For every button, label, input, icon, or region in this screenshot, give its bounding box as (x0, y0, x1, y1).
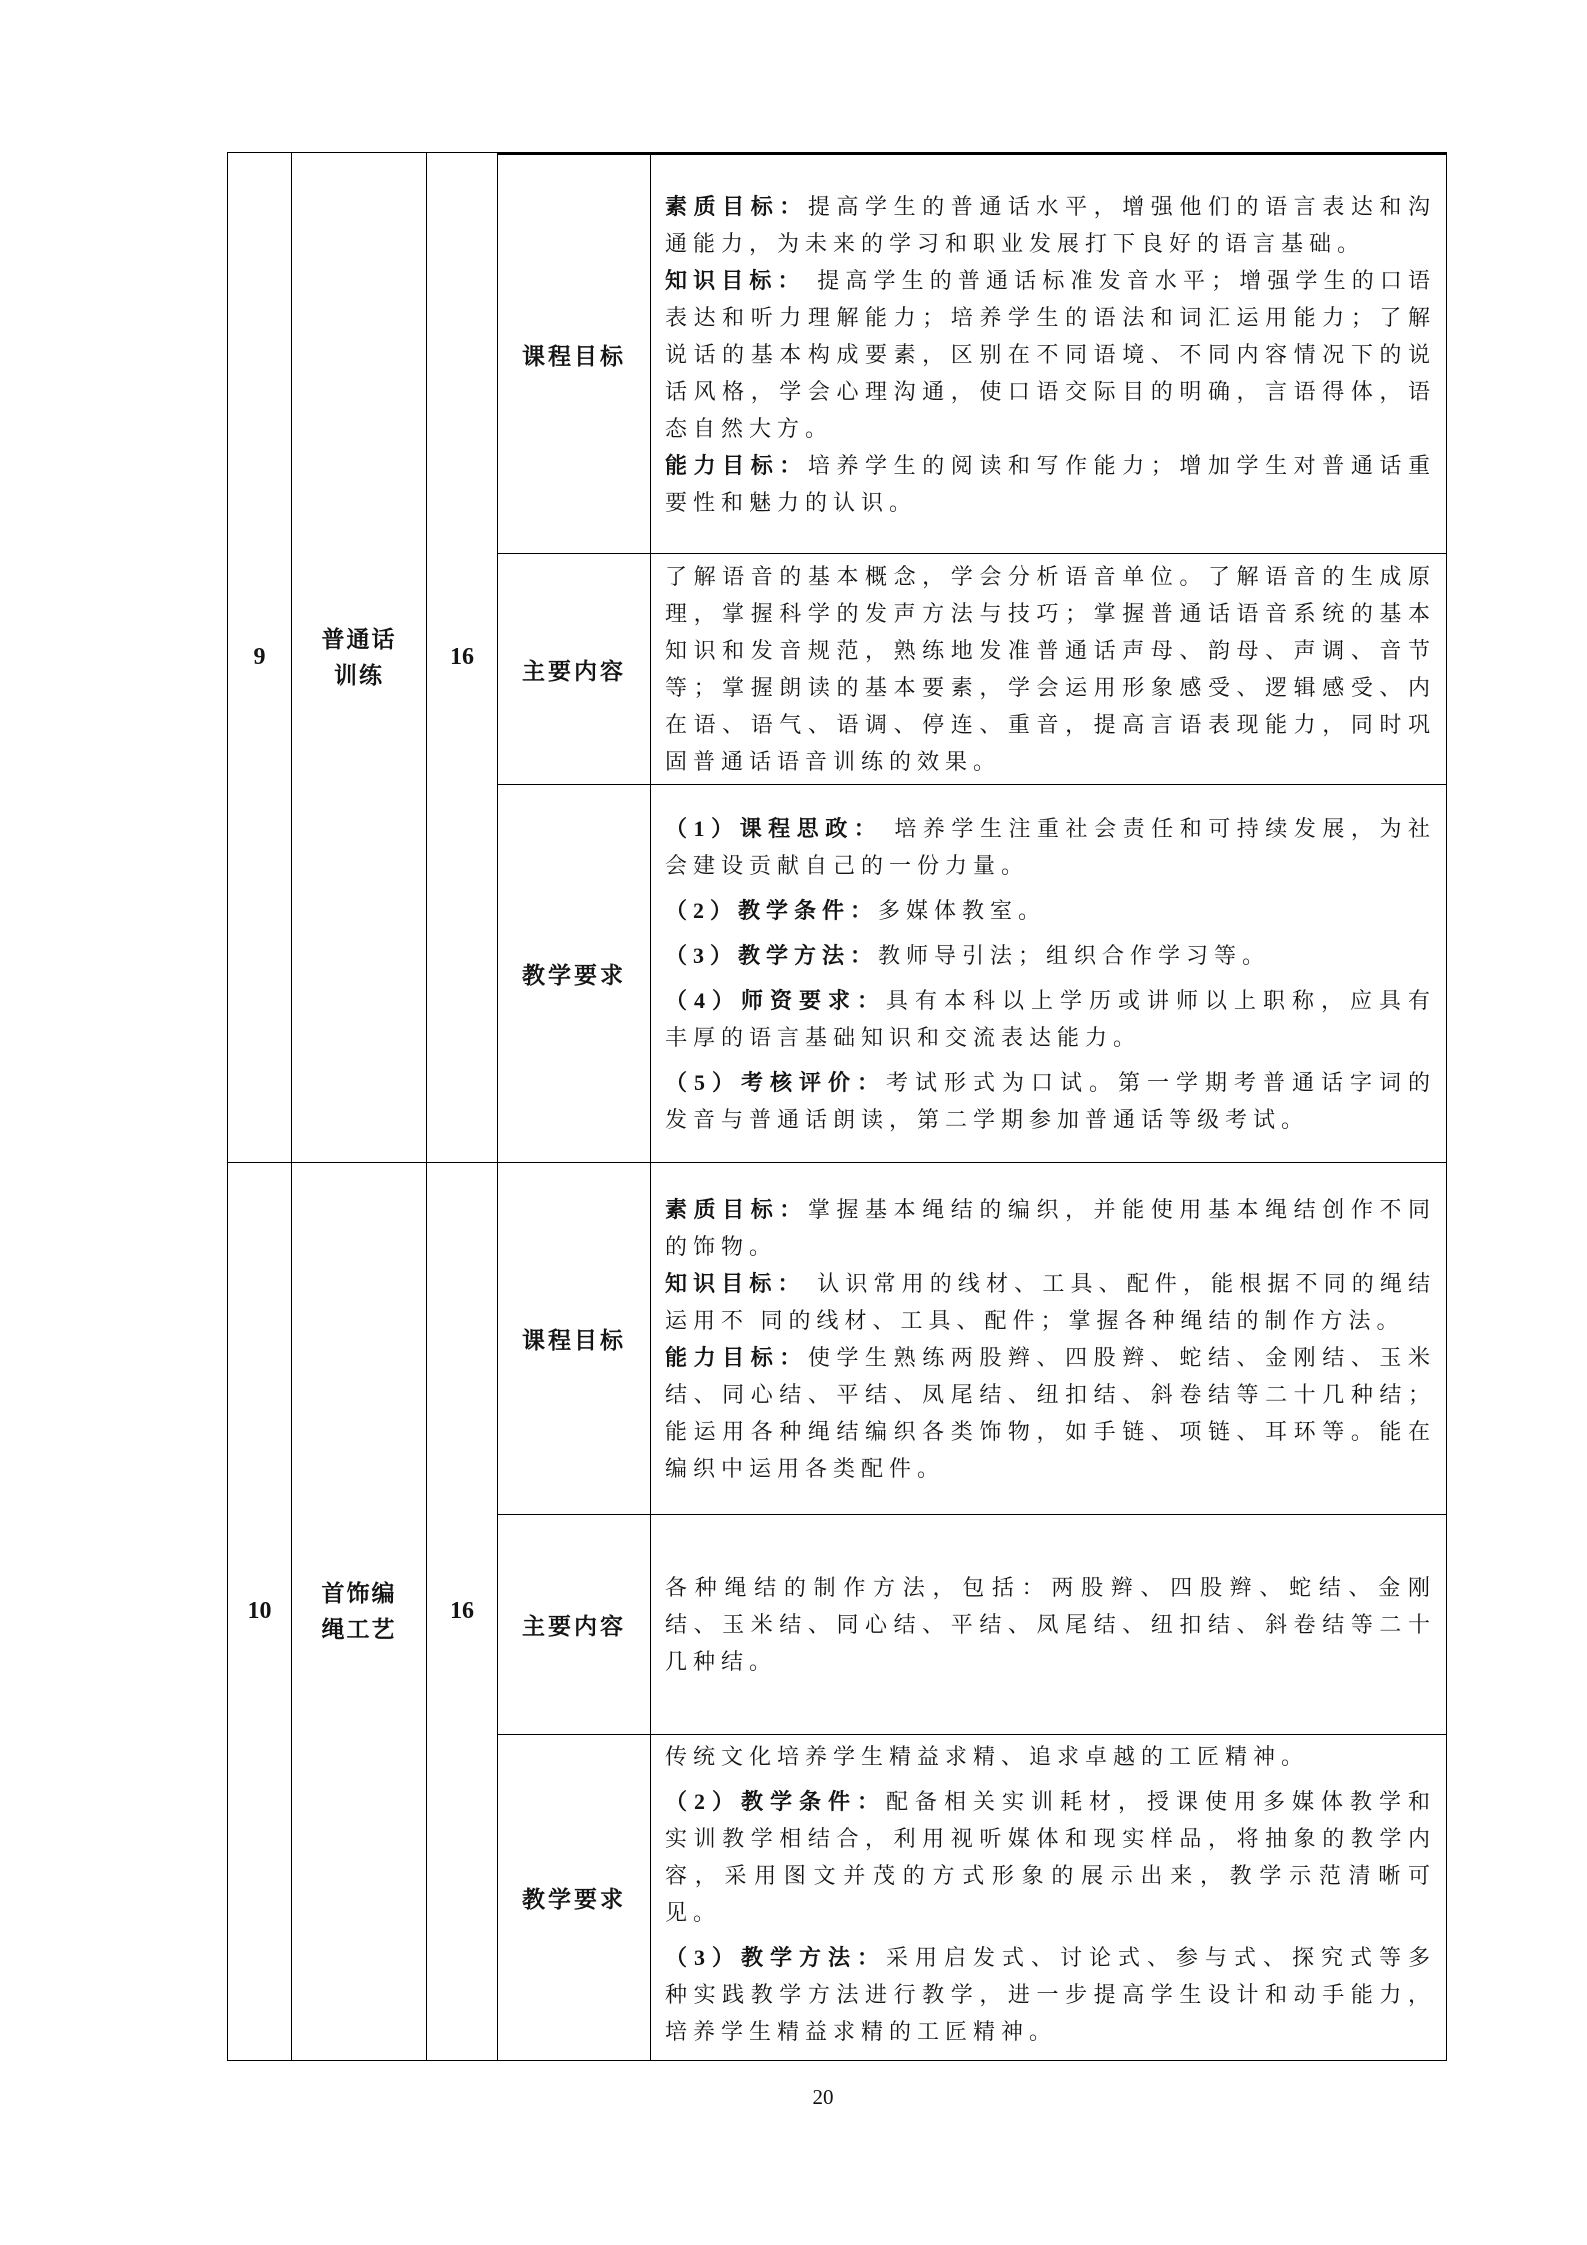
course-name-line: 训练 (334, 658, 384, 694)
section-content-main-content: 了解语音的基本概念，学会分析语音单位。了解语音的生成原理，掌握科学的发声方法与技… (651, 554, 1447, 785)
page-number: 20 (813, 2085, 834, 2110)
course-name-line: 首饰编 (322, 1576, 397, 1612)
section-label-course-goals: 课程目标 (498, 1163, 651, 1515)
paragraph: 素质目标：掌握基本绳结的编织，并能使用基本绳结创作不同的饰物。 (665, 1191, 1436, 1265)
section-content-course-goals: 素质目标：掌握基本绳结的编织，并能使用基本绳结创作不同的饰物。知识目标： 认识常… (651, 1163, 1447, 1515)
course-hours-cell: 16 (427, 152, 498, 1163)
course-name-line: 普通话 (322, 622, 397, 658)
paragraph: （4）师资要求：授课教师具备一定配色、款式设计等审美基 (665, 2058, 1436, 2062)
paragraph: 知识目标： 提高学生的普通话标准发音水平；增强学生的口语表达和听力理解能力；培养… (665, 262, 1436, 447)
course-hours-cell: 16 (427, 1163, 498, 2061)
paragraph: （2）教学条件：多媒体教室。 (665, 892, 1436, 929)
paragraph: 了解语音的基本概念，学会分析语音单位。了解语音的生成原理，掌握科学的发声方法与技… (665, 558, 1436, 780)
course-hours: 16 (450, 1598, 474, 1625)
section-content-teaching-requirements: （1）课程思政： 培养学生注重社会责任和可持续发展，为社会建设贡献自己的一份力量… (651, 785, 1447, 1163)
curriculum-table: 9 普通话 训练 16 课程目标 素质目标：提高学生的普通话水平，增强他们的语言… (227, 152, 1447, 2061)
paragraph: 知识目标： 认识常用的线材、工具、配件，能根据不同的绳结运用不 同的线材、工具、… (665, 1265, 1436, 1339)
section-label-course-goals: 课程目标 (498, 152, 651, 554)
paragraph: （4）师资要求：具有本科以上学历或讲师以上职称，应具有丰厚的语言基础知识和交流表… (665, 982, 1436, 1056)
paragraph: （2）教学条件：配备相关实训耗材，授课使用多媒体教学和实训教学相结合，利用视听媒… (665, 1783, 1436, 1931)
course-number-cell: 10 (228, 1163, 292, 2061)
paragraph: 素质目标：提高学生的普通话水平，增强他们的语言表达和沟通能力，为未来的学习和职业… (665, 188, 1436, 262)
course-name-cell: 首饰编 绳工艺 (292, 1163, 427, 2061)
section-content-teaching-requirements: （1）课程思政：培养学生的文化自信，传承和弘扬中华优秀传统文化培养学生精益求精、… (651, 1735, 1447, 2061)
paragraph: （1）课程思政： 培养学生注重社会责任和可持续发展，为社会建设贡献自己的一份力量… (665, 810, 1436, 884)
course-number-cell: 9 (228, 152, 292, 1163)
course-hours: 16 (450, 644, 474, 671)
course-name-cell: 普通话 训练 (292, 152, 427, 1163)
paragraph: 能力目标：培养学生的阅读和写作能力；增加学生对普通话重要性和魅力的认识。 (665, 447, 1436, 521)
paragraph: （1）课程思政：培养学生的文化自信，传承和弘扬中华优秀传统文化培养学生精益求精、… (665, 1735, 1436, 1775)
paragraph: （3）教学方法：采用启发式、讨论式、参与式、探究式等多种实践教学方法进行教学，进… (665, 1939, 1436, 2050)
section-label-teaching-requirements: 教学要求 (498, 785, 651, 1163)
paragraph: 各种绳结的制作方法，包括：两股辫、四股辫、蛇结、金刚结、玉米结、同心结、平结、凤… (665, 1569, 1436, 1680)
section-label-main-content: 主要内容 (498, 554, 651, 785)
paragraph: 能力目标：使学生熟练两股辫、四股辫、蛇结、金刚结、玉米结、同心结、平结、凤尾结、… (665, 1339, 1436, 1487)
paragraph: （5）考核评价：考试形式为口试。第一学期考普通话字词的发音与普通话朗读，第二学期… (665, 1064, 1436, 1138)
course-name-line: 绳工艺 (322, 1612, 397, 1648)
paragraph: （3）教学方法：教师导引法；组织合作学习等。 (665, 937, 1436, 974)
course-number: 9 (254, 644, 266, 671)
course-number: 10 (248, 1598, 272, 1625)
section-label-teaching-requirements: 教学要求 (498, 1735, 651, 2061)
section-content-main-content: 各种绳结的制作方法，包括：两股辫、四股辫、蛇结、金刚结、玉米结、同心结、平结、凤… (651, 1515, 1447, 1735)
section-label-main-content: 主要内容 (498, 1515, 651, 1735)
section-content-course-goals: 素质目标：提高学生的普通话水平，增强他们的语言表达和沟通能力，为未来的学习和职业… (651, 152, 1447, 554)
